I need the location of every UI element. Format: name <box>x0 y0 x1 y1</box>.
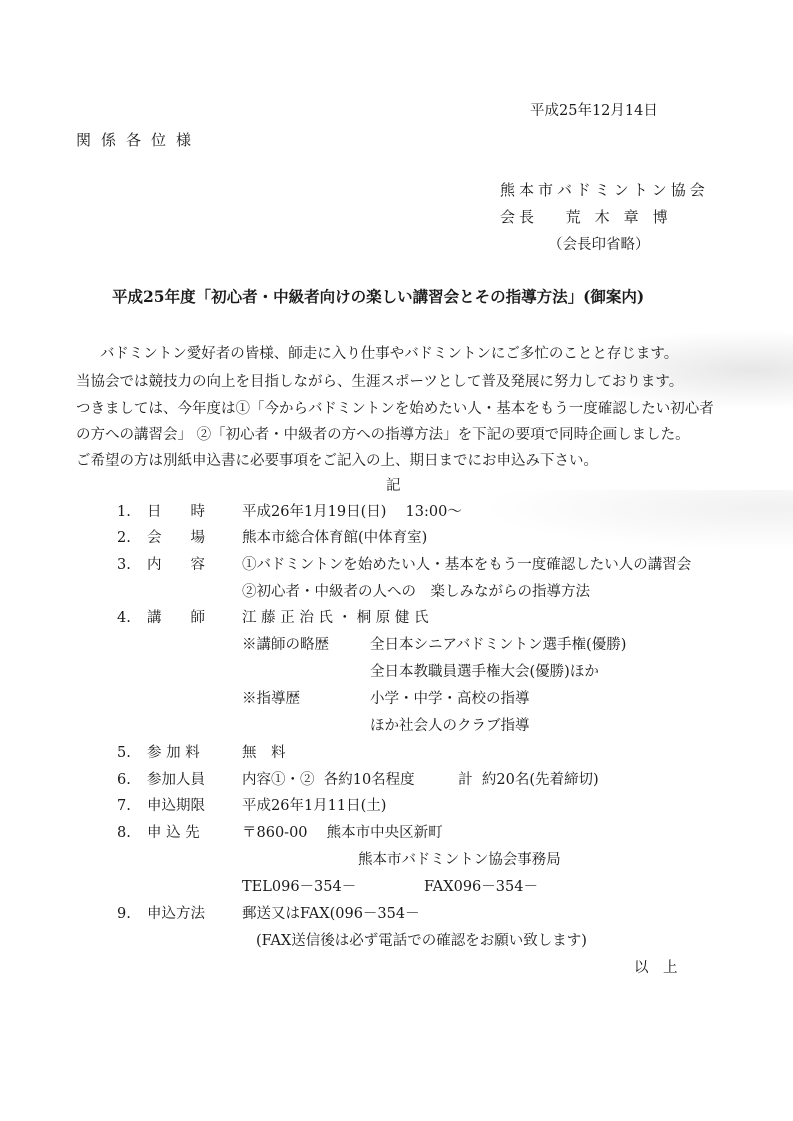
seal-note: （会長印省略） <box>548 233 650 254</box>
item-value: 郵送又はFAX(096－354－ <box>242 906 420 922</box>
item-number: 6. <box>117 772 147 788</box>
item-number: 7. <box>117 798 147 814</box>
item-label: 日 時 <box>147 500 242 521</box>
item-participants: 6.参加人員内容①・② 各約10名程度 計 約20名(先着締切) <box>117 768 599 789</box>
item-date-time: 1.日 時平成26年1月19日(日) 13:00～ <box>117 500 462 521</box>
item-number: 8. <box>117 825 147 841</box>
item-label: 申 込 先 <box>147 821 242 842</box>
item-content: 3.内 容①バドミントンを始めたい人・基本をもう一度確認したい人の講習会 <box>117 553 691 574</box>
item-label: 講 師 <box>147 606 242 627</box>
scan-shadow <box>480 490 793 550</box>
contact-tel: TEL096－354－ <box>242 875 356 896</box>
contact-office: 熊本市バドミントン協会事務局 <box>358 848 561 869</box>
fax-note: (FAX送信後は必ず電話での確認をお願い致します) <box>256 929 587 950</box>
item-label: 内 容 <box>147 553 242 574</box>
sender-name: 荒木章博 <box>566 208 682 226</box>
item-number: 4. <box>117 610 147 626</box>
item-value: 平成26年1月19日(日) 13:00～ <box>242 504 462 520</box>
item-value: 無 料 <box>242 745 286 761</box>
closing: 以 上 <box>634 956 678 977</box>
item-label: 申込期限 <box>147 794 242 815</box>
item-content-line-2: ②初心者・中級者の人への 楽しみながらの指導方法 <box>242 580 590 601</box>
instructor-coaching-2: ほか社会人のクラブ指導 <box>370 714 530 735</box>
item-number: 1. <box>117 504 147 520</box>
instructor-history-2: 全日本教職員選手権大会(優勝)ほか <box>370 660 599 681</box>
item-number: 3. <box>117 557 147 573</box>
item-value: 〒860-00 熊本市中央区新町 <box>242 825 443 841</box>
item-instructor: 4.講 師江 藤 正 治 氏 ・ 桐 原 健 氏 <box>117 606 428 627</box>
instructor-coaching-label: ※指導歴 <box>242 687 300 708</box>
item-number: 5. <box>117 745 147 761</box>
item-deadline: 7.申込期限平成26年1月11日(土) <box>117 794 386 815</box>
item-number: 2. <box>117 530 147 546</box>
item-label: 申込方法 <box>147 902 242 923</box>
item-number: 9. <box>117 906 147 922</box>
item-label: 会 場 <box>147 526 242 547</box>
body-line-5: ご希望の方は別紙申込書に必要事項をご記入の上、期日までにお申込み下さい。 <box>76 449 598 470</box>
item-fee: 5.参 加 料無 料 <box>117 741 286 762</box>
item-label: 参 加 料 <box>147 741 242 762</box>
item-value: 熊本市総合体育館(中体育室) <box>242 530 427 546</box>
body-line-1: バドミントン愛好者の皆様、師走に入り仕事やバドミントンにご多忙のことと存じます。 <box>100 342 678 363</box>
sender-organization: 熊本市バドミントン協会 <box>500 179 709 200</box>
item-application-address: 8.申 込 先〒860-00 熊本市中央区新町 <box>117 821 443 842</box>
document-date: 平成25年12月14日 <box>530 99 658 120</box>
body-line-2: 当協会では競技力の向上を目指しながら、生涯スポーツとして普及発展に努力しておりま… <box>76 370 683 391</box>
instructor-history-1: 全日本シニアバドミントン選手権(優勝) <box>370 633 626 654</box>
sender-signature: 会長 荒木章博 <box>500 206 682 227</box>
sender-title: 会長 <box>500 208 538 226</box>
instructor-coaching-1: 小学・中学・高校の指導 <box>370 687 530 708</box>
item-value: 平成26年1月11日(土) <box>242 798 386 814</box>
instructor-history-label: ※講師の略歴 <box>242 633 329 654</box>
item-application-method: 9.申込方法郵送又はFAX(096－354－ <box>117 902 420 923</box>
addressee: 関係各位様 <box>76 129 201 150</box>
item-value: ①バドミントンを始めたい人・基本をもう一度確認したい人の講習会 <box>242 557 691 573</box>
ki-heading: 記 <box>386 474 401 495</box>
body-line-3: つきましては、今年度は①「今からバドミントンを始めたい人・基本をもう一度確認した… <box>76 397 714 418</box>
document-title: 平成25年度「初心者・中級者向けの楽しい講習会とその指導方法」(御案内) <box>112 285 644 307</box>
item-value: 江 藤 正 治 氏 ・ 桐 原 健 氏 <box>242 610 428 626</box>
body-line-4: の方への講習会」 ②「初心者・中級者の方への指導方法」を下記の要項で同時企画しま… <box>76 423 690 444</box>
contact-fax: FAX096－354－ <box>424 875 538 896</box>
item-venue: 2.会 場熊本市総合体育館(中体育室) <box>117 526 427 547</box>
item-value: 内容①・② 各約10名程度 計 約20名(先着締切) <box>242 772 599 788</box>
item-label: 参加人員 <box>147 768 242 789</box>
